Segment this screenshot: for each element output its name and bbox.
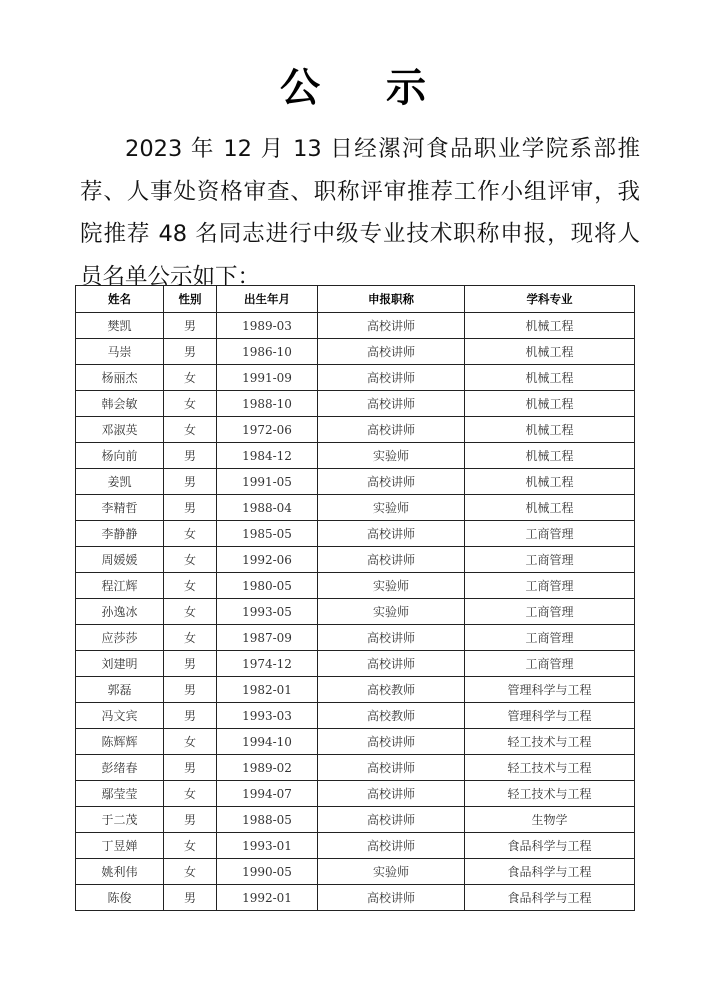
cell-birth-date: 1980-05 <box>217 573 318 599</box>
cell-name: 彭绪春 <box>76 755 164 781</box>
cell-gender: 男 <box>164 313 217 339</box>
cell-title-applied: 高校讲师 <box>318 807 465 833</box>
table-row: 樊凯男1989-03高校讲师机械工程 <box>76 313 635 339</box>
table-row: 于二茂男1988-05高校讲师生物学 <box>76 807 635 833</box>
cell-name: 应莎莎 <box>76 625 164 651</box>
cell-title-applied: 实验师 <box>318 443 465 469</box>
cell-discipline: 轻工技术与工程 <box>465 781 635 807</box>
cell-title-applied: 高校教师 <box>318 703 465 729</box>
cell-birth-date: 1991-05 <box>217 469 318 495</box>
cell-gender: 男 <box>164 677 217 703</box>
cell-name: 李精哲 <box>76 495 164 521</box>
cell-name: 丁昱婵 <box>76 833 164 859</box>
cell-name: 周媛媛 <box>76 547 164 573</box>
table-row: 陈俊男1992-01高校讲师食品科学与工程 <box>76 885 635 911</box>
table-row: 应莎莎女1987-09高校讲师工商管理 <box>76 625 635 651</box>
table-header-row: 姓名 性别 出生年月 申报职称 学科专业 <box>76 286 635 313</box>
cell-name: 樊凯 <box>76 313 164 339</box>
cell-gender: 男 <box>164 807 217 833</box>
cell-birth-date: 1992-01 <box>217 885 318 911</box>
cell-title-applied: 高校教师 <box>318 677 465 703</box>
cell-name: 程江辉 <box>76 573 164 599</box>
personnel-table: 姓名 性别 出生年月 申报职称 学科专业 樊凯男1989-03高校讲师机械工程马… <box>75 285 635 911</box>
cell-birth-date: 1990-05 <box>217 859 318 885</box>
cell-birth-date: 1991-09 <box>217 365 318 391</box>
cell-discipline: 工商管理 <box>465 521 635 547</box>
header-gender: 性别 <box>164 286 217 313</box>
table-row: 丁昱婵女1993-01高校讲师食品科学与工程 <box>76 833 635 859</box>
cell-title-applied: 高校讲师 <box>318 391 465 417</box>
cell-title-applied: 高校讲师 <box>318 729 465 755</box>
cell-gender: 男 <box>164 443 217 469</box>
header-discipline: 学科专业 <box>465 286 635 313</box>
cell-gender: 女 <box>164 729 217 755</box>
cell-name: 刘建明 <box>76 651 164 677</box>
cell-gender: 男 <box>164 339 217 365</box>
table-body: 樊凯男1989-03高校讲师机械工程马崇男1986-10高校讲师机械工程杨丽杰女… <box>76 313 635 911</box>
cell-title-applied: 高校讲师 <box>318 313 465 339</box>
table-row: 李精哲男1988-04实验师机械工程 <box>76 495 635 521</box>
cell-discipline: 工商管理 <box>465 573 635 599</box>
cell-discipline: 机械工程 <box>465 313 635 339</box>
cell-birth-date: 1994-10 <box>217 729 318 755</box>
cell-discipline: 机械工程 <box>465 339 635 365</box>
cell-title-applied: 高校讲师 <box>318 651 465 677</box>
cell-birth-date: 1988-05 <box>217 807 318 833</box>
table-row: 姜凯男1991-05高校讲师机械工程 <box>76 469 635 495</box>
cell-birth-date: 1993-03 <box>217 703 318 729</box>
cell-discipline: 机械工程 <box>465 495 635 521</box>
cell-title-applied: 高校讲师 <box>318 885 465 911</box>
cell-title-applied: 实验师 <box>318 495 465 521</box>
cell-discipline: 管理科学与工程 <box>465 677 635 703</box>
cell-gender: 男 <box>164 703 217 729</box>
table-row: 彭绪春男1989-02高校讲师轻工技术与工程 <box>76 755 635 781</box>
cell-name: 邓淑英 <box>76 417 164 443</box>
cell-discipline: 工商管理 <box>465 625 635 651</box>
table-row: 鄢莹莹女1994-07高校讲师轻工技术与工程 <box>76 781 635 807</box>
cell-title-applied: 实验师 <box>318 573 465 599</box>
cell-birth-date: 1993-05 <box>217 599 318 625</box>
cell-name: 陈辉辉 <box>76 729 164 755</box>
cell-name: 杨向前 <box>76 443 164 469</box>
cell-birth-date: 1989-03 <box>217 313 318 339</box>
cell-title-applied: 高校讲师 <box>318 781 465 807</box>
cell-title-applied: 高校讲师 <box>318 833 465 859</box>
header-birth-date: 出生年月 <box>217 286 318 313</box>
cell-title-applied: 高校讲师 <box>318 469 465 495</box>
table-row: 邓淑英女1972-06高校讲师机械工程 <box>76 417 635 443</box>
cell-gender: 男 <box>164 651 217 677</box>
table-row: 刘建明男1974-12高校讲师工商管理 <box>76 651 635 677</box>
cell-name: 李静静 <box>76 521 164 547</box>
cell-name: 马崇 <box>76 339 164 365</box>
cell-title-applied: 高校讲师 <box>318 521 465 547</box>
cell-discipline: 轻工技术与工程 <box>465 755 635 781</box>
cell-name: 杨丽杰 <box>76 365 164 391</box>
table-row: 郭磊男1982-01高校教师管理科学与工程 <box>76 677 635 703</box>
cell-gender: 女 <box>164 547 217 573</box>
cell-title-applied: 高校讲师 <box>318 339 465 365</box>
cell-name: 郭磊 <box>76 677 164 703</box>
cell-discipline: 工商管理 <box>465 651 635 677</box>
cell-name: 韩会敏 <box>76 391 164 417</box>
cell-birth-date: 1982-01 <box>217 677 318 703</box>
cell-gender: 女 <box>164 599 217 625</box>
cell-discipline: 机械工程 <box>465 443 635 469</box>
cell-discipline: 食品科学与工程 <box>465 885 635 911</box>
intro-paragraph: 2023 年 12 月 13 日经漯河食品职业学院系部推荐、人事处资格审查、职称… <box>80 128 640 298</box>
table-row: 李静静女1985-05高校讲师工商管理 <box>76 521 635 547</box>
cell-title-applied: 高校讲师 <box>318 755 465 781</box>
cell-birth-date: 1988-04 <box>217 495 318 521</box>
cell-gender: 男 <box>164 755 217 781</box>
cell-gender: 女 <box>164 521 217 547</box>
cell-birth-date: 1988-10 <box>217 391 318 417</box>
cell-discipline: 机械工程 <box>465 417 635 443</box>
header-name: 姓名 <box>76 286 164 313</box>
cell-birth-date: 1992-06 <box>217 547 318 573</box>
cell-name: 鄢莹莹 <box>76 781 164 807</box>
cell-gender: 女 <box>164 365 217 391</box>
cell-title-applied: 高校讲师 <box>318 417 465 443</box>
cell-discipline: 食品科学与工程 <box>465 833 635 859</box>
cell-name: 孙逸冰 <box>76 599 164 625</box>
cell-title-applied: 高校讲师 <box>318 625 465 651</box>
cell-birth-date: 1987-09 <box>217 625 318 651</box>
table-row: 马崇男1986-10高校讲师机械工程 <box>76 339 635 365</box>
table-row: 冯文宾男1993-03高校教师管理科学与工程 <box>76 703 635 729</box>
table-row: 程江辉女1980-05实验师工商管理 <box>76 573 635 599</box>
cell-title-applied: 实验师 <box>318 599 465 625</box>
cell-gender: 男 <box>164 495 217 521</box>
cell-gender: 女 <box>164 573 217 599</box>
cell-birth-date: 1972-06 <box>217 417 318 443</box>
table-row: 杨向前男1984-12实验师机械工程 <box>76 443 635 469</box>
cell-title-applied: 高校讲师 <box>318 547 465 573</box>
cell-gender: 女 <box>164 391 217 417</box>
cell-discipline: 轻工技术与工程 <box>465 729 635 755</box>
cell-discipline: 生物学 <box>465 807 635 833</box>
table-row: 周媛媛女1992-06高校讲师工商管理 <box>76 547 635 573</box>
cell-name: 冯文宾 <box>76 703 164 729</box>
page-title: 公 示 <box>0 62 706 114</box>
cell-title-applied: 高校讲师 <box>318 365 465 391</box>
table-row: 陈辉辉女1994-10高校讲师轻工技术与工程 <box>76 729 635 755</box>
cell-name: 姜凯 <box>76 469 164 495</box>
cell-name: 陈俊 <box>76 885 164 911</box>
cell-discipline: 机械工程 <box>465 469 635 495</box>
cell-gender: 女 <box>164 781 217 807</box>
cell-birth-date: 1989-02 <box>217 755 318 781</box>
table-row: 姚利伟女1990-05实验师食品科学与工程 <box>76 859 635 885</box>
cell-gender: 女 <box>164 859 217 885</box>
cell-discipline: 工商管理 <box>465 547 635 573</box>
cell-discipline: 食品科学与工程 <box>465 859 635 885</box>
cell-birth-date: 1985-05 <box>217 521 318 547</box>
cell-discipline: 机械工程 <box>465 365 635 391</box>
cell-birth-date: 1986-10 <box>217 339 318 365</box>
cell-gender: 女 <box>164 625 217 651</box>
cell-gender: 男 <box>164 469 217 495</box>
cell-title-applied: 实验师 <box>318 859 465 885</box>
cell-birth-date: 1994-07 <box>217 781 318 807</box>
header-title-applied: 申报职称 <box>318 286 465 313</box>
table-row: 韩会敏女1988-10高校讲师机械工程 <box>76 391 635 417</box>
cell-discipline: 工商管理 <box>465 599 635 625</box>
cell-birth-date: 1974-12 <box>217 651 318 677</box>
table-row: 孙逸冰女1993-05实验师工商管理 <box>76 599 635 625</box>
cell-name: 于二茂 <box>76 807 164 833</box>
cell-discipline: 管理科学与工程 <box>465 703 635 729</box>
cell-gender: 男 <box>164 885 217 911</box>
table-row: 杨丽杰女1991-09高校讲师机械工程 <box>76 365 635 391</box>
cell-gender: 女 <box>164 417 217 443</box>
cell-discipline: 机械工程 <box>465 391 635 417</box>
cell-gender: 女 <box>164 833 217 859</box>
cell-birth-date: 1993-01 <box>217 833 318 859</box>
cell-birth-date: 1984-12 <box>217 443 318 469</box>
cell-name: 姚利伟 <box>76 859 164 885</box>
